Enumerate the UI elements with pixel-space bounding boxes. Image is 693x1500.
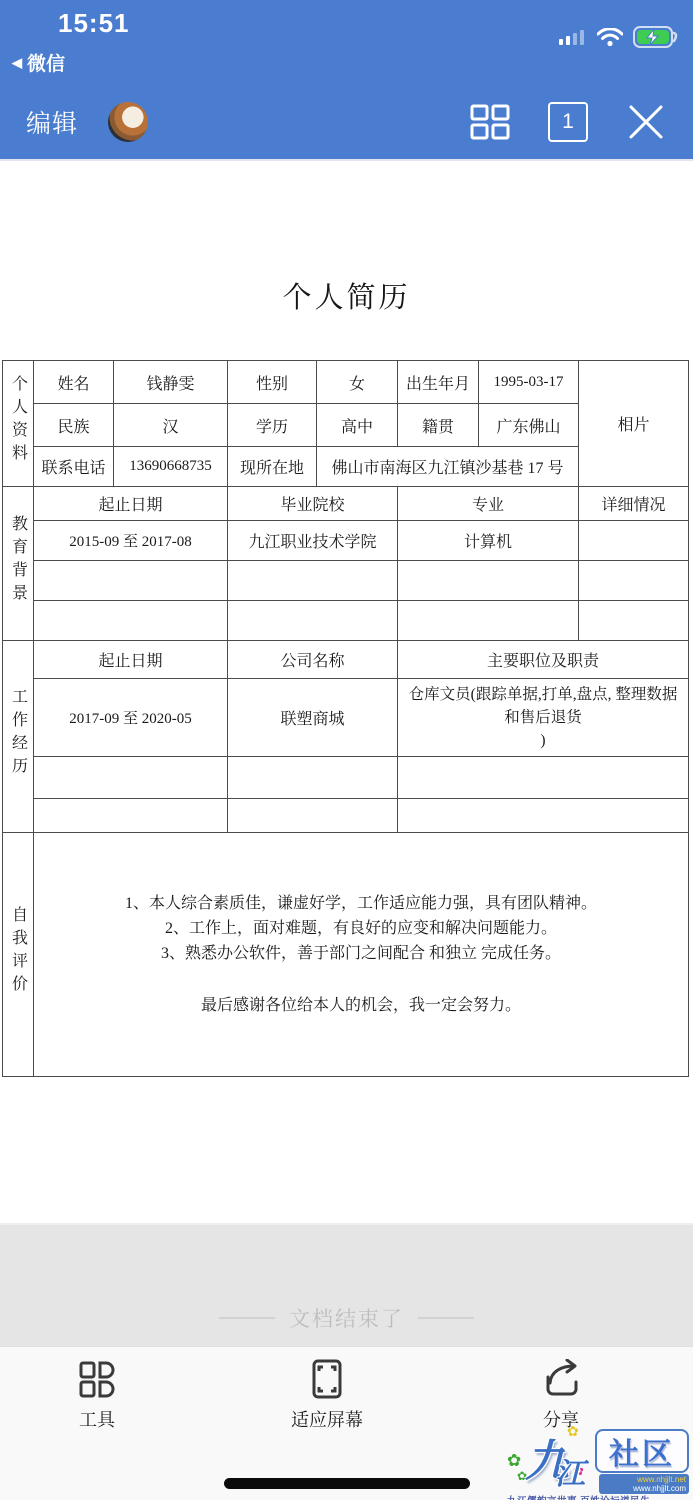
top-bar: 15:51 ◀ 微信 — [0, 0, 693, 161]
evaluation-line: 2、工作上，面对难题，有良好的应变和解决问题能力。 — [48, 916, 674, 941]
battery-charging-icon — [633, 26, 679, 48]
tools-label: 工具 — [79, 1406, 115, 1432]
app-bar: 编辑 1 — [0, 85, 693, 159]
degree-value: 高中 — [317, 404, 398, 447]
evaluation-line: 1、本人综合素质佳，谦虚好学，工作适应能力强，具有团队精神。 — [48, 891, 674, 916]
resume-title: 个人简历 — [0, 275, 693, 316]
work-duty-line1: 仓库文员(跟踪单据,打单,盘点, 整理数据和售后退货 — [404, 683, 682, 729]
edu-school: 九江职业技术学院 — [228, 521, 398, 561]
ethnic-value: 汉 — [114, 404, 228, 447]
share-icon — [540, 1359, 582, 1399]
tools-grid-icon — [77, 1359, 117, 1399]
table-row — [3, 601, 689, 641]
birth-label: 出生年月 — [398, 361, 479, 404]
watermark-urls: www.nhjjlt.net www.nhjjlt.com — [599, 1474, 689, 1494]
work-header-company: 公司名称 — [228, 641, 398, 679]
edu-detail — [579, 521, 689, 561]
end-of-document-marker: 文档结束了 — [0, 1303, 693, 1333]
clock: 15:51 — [58, 8, 130, 39]
end-of-document-text: 文档结束了 — [289, 1303, 404, 1333]
back-to-wechat-button[interactable]: ◀ 微信 — [12, 49, 65, 76]
section-education-label: 教育背景 — [3, 487, 34, 641]
work-header-duty: 主要职位及职责 — [398, 641, 689, 679]
fit-screen-icon — [307, 1359, 347, 1399]
origin-value: 广东佛山 — [479, 404, 579, 447]
document-page[interactable]: 个人简历 个人资料 姓名 钱静雯 性别 女 出生年月 1995-03-17 相片… — [0, 163, 693, 1223]
edu-header-major: 专业 — [398, 487, 579, 521]
origin-label: 籍贯 — [398, 404, 479, 447]
empty-cell — [34, 757, 228, 799]
work-company: 联塑商城 — [228, 679, 398, 757]
empty-cell — [579, 601, 689, 641]
edu-header-dates: 起止日期 — [34, 487, 228, 521]
home-indicator[interactable] — [224, 1478, 470, 1489]
phone-label: 联系电话 — [34, 447, 114, 487]
resume-table: 个人资料 姓名 钱静雯 性别 女 出生年月 1995-03-17 相片 民族 汉… — [2, 360, 689, 1077]
empty-cell — [579, 561, 689, 601]
empty-cell — [228, 757, 398, 799]
divider — [219, 1317, 275, 1319]
watermark-shequ-box: 社区 — [595, 1429, 689, 1473]
photo-cell: 相片 — [579, 361, 689, 487]
empty-cell — [228, 799, 398, 833]
empty-cell — [228, 561, 398, 601]
work-duty-line2: ) — [404, 729, 682, 752]
table-row — [3, 799, 689, 833]
edu-dates: 2015-09 至 2017-08 — [34, 521, 228, 561]
divider — [418, 1317, 474, 1319]
gender-value: 女 — [317, 361, 398, 404]
table-row — [3, 561, 689, 601]
addr-label: 现所在地 — [228, 447, 317, 487]
fit-screen-label: 适应屏幕 — [291, 1406, 363, 1432]
evaluation-text: 1、本人综合素质佳，谦虚好学，工作适应能力强，具有团队精神。 2、工作上，面对难… — [34, 833, 689, 1077]
table-row: 个人资料 姓名 钱静雯 性别 女 出生年月 1995-03-17 相片 — [3, 361, 689, 404]
empty-cell — [34, 799, 228, 833]
empty-cell — [228, 601, 398, 641]
empty-cell — [398, 799, 689, 833]
share-button[interactable]: 分享 — [540, 1359, 582, 1432]
addr-value: 佛山市南海区九江镇沙基巷 17 号 — [317, 447, 579, 487]
section-work-label: 工作经历 — [3, 641, 34, 833]
name-value: 钱静雯 — [114, 361, 228, 404]
bottom-toolbar: 工具 适应屏幕 分享 — [0, 1346, 693, 1500]
empty-cell — [398, 561, 579, 601]
name-label: 姓名 — [34, 361, 114, 404]
back-app-label: 微信 — [27, 49, 65, 76]
ethnic-label: 民族 — [34, 404, 114, 447]
evaluation-line: 最后感谢各位给本人的机会，我一定会努力。 — [48, 993, 674, 1018]
status-icons — [559, 26, 679, 48]
empty-cell — [34, 601, 228, 641]
table-row: 2017-09 至 2020-05 联塑商城 仓库文员(跟踪单据,打单,盘点, … — [3, 679, 689, 757]
table-row: 教育背景 起止日期 毕业院校 专业 详细情况 — [3, 487, 689, 521]
work-header-dates: 起止日期 — [34, 641, 228, 679]
watermark-url-com: www.nhjjlt.com — [633, 1484, 686, 1493]
edu-header-school: 毕业院校 — [228, 487, 398, 521]
phone-screen: 15:51 ◀ 微信 — [0, 0, 693, 1500]
edu-major: 计算机 — [398, 521, 579, 561]
status-bar: 15:51 ◀ 微信 — [0, 0, 693, 85]
evaluation-line: 3、熟悉办公软件，善于部门之间配合 和独立 完成任务。 — [48, 941, 674, 966]
empty-cell — [398, 601, 579, 641]
empty-cell — [34, 561, 228, 601]
table-row: 2015-09 至 2017-08 九江职业技术学院 计算机 — [3, 521, 689, 561]
table-row — [3, 757, 689, 799]
phone-value: 13690668735 — [114, 447, 228, 487]
wifi-icon — [597, 28, 623, 47]
section-evaluation-label: 自我评价 — [3, 833, 34, 1077]
flower-icon: ✿ — [507, 1451, 521, 1471]
work-duty: 仓库文员(跟踪单据,打单,盘点, 整理数据和售后退货 ) — [398, 679, 689, 757]
watermark-tagline: 九江儒韵言世事 百姓论坛道民生 — [507, 1493, 693, 1500]
components-grid-icon[interactable] — [469, 101, 511, 143]
avatar[interactable] — [108, 102, 148, 142]
work-dates: 2017-09 至 2020-05 — [34, 679, 228, 757]
table-row: 工作经历 起止日期 公司名称 主要职位及职责 — [3, 641, 689, 679]
birth-value: 1995-03-17 — [479, 361, 579, 404]
gender-label: 性别 — [228, 361, 317, 404]
section-personal-label: 个人资料 — [3, 361, 34, 487]
watermark-url-net: www.nhjjlt.net — [637, 1475, 686, 1484]
degree-label: 学历 — [228, 404, 317, 447]
edu-header-detail: 详细情况 — [579, 487, 689, 521]
close-icon[interactable] — [625, 101, 667, 143]
page-number: 1 — [562, 110, 574, 134]
page-indicator-button[interactable]: 1 — [548, 102, 588, 142]
cellular-signal-icon — [559, 28, 587, 46]
jiujiang-community-watermark: ✿ ✿ ✿ ✿ 九 江 社区 www.nhjjlt.net www.nhjjlt… — [507, 1427, 693, 1500]
empty-cell — [398, 757, 689, 799]
fit-screen-button[interactable]: 适应屏幕 — [291, 1359, 363, 1432]
watermark-char-jiang: 江 — [555, 1449, 585, 1493]
document-end-zone: 文档结束了 — [0, 1223, 693, 1346]
edit-button[interactable]: 编辑 — [26, 104, 78, 140]
table-row: 自我评价 1、本人综合素质佳，谦虚好学，工作适应能力强，具有团队精神。 2、工作… — [3, 833, 689, 1077]
tools-button[interactable]: 工具 — [77, 1359, 117, 1432]
back-triangle-icon: ◀ — [12, 55, 22, 71]
